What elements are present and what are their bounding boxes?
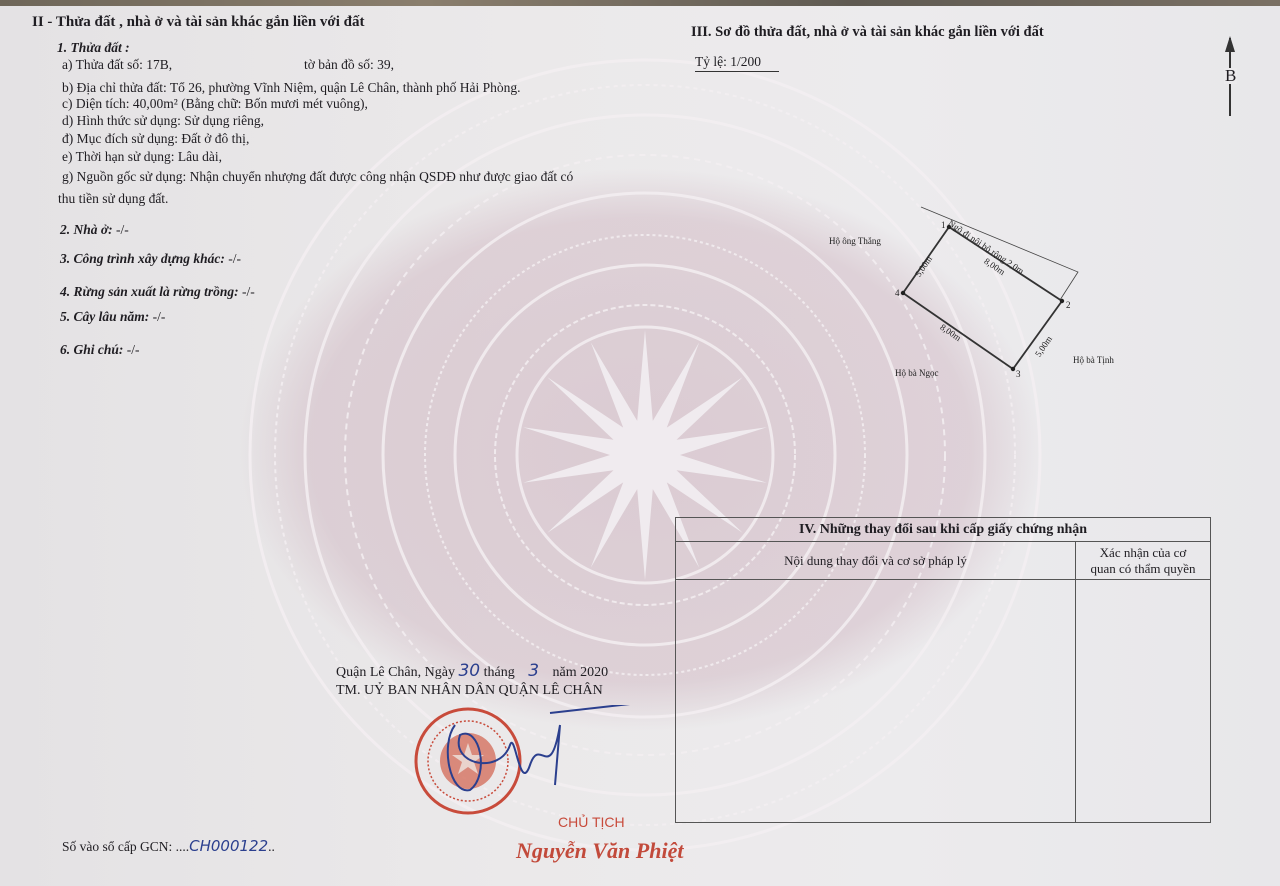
column-authority-confirmation: Xác nhận của cơquan có thẩm quyền	[1076, 542, 1211, 580]
registry-number: Số vào sổ cấp GCN: ....CH000122..	[62, 838, 275, 855]
plot-point-4: 4	[895, 288, 900, 298]
neighbor-south: Hộ bà Ngọc	[895, 368, 939, 378]
plot-point-2: 2	[1066, 300, 1071, 310]
signer-role: CHỦ TỊCH	[558, 814, 625, 830]
certificate-page: II - Thửa đất , nhà ở và tài sản khác gắ…	[0, 0, 1280, 886]
registry-value: CH000122	[189, 837, 268, 855]
issue-date: Quận Lê Chân, Ngày 30 tháng 3 năm 2020	[336, 663, 608, 681]
plot-point-3: 3	[1016, 369, 1021, 379]
column-change-content: Nội dung thay đổi và cơ sở pháp lý	[676, 542, 1076, 580]
section4-title: IV. Những thay đổi sau khi cấp giấy chứn…	[676, 518, 1211, 542]
signer-name: Nguyễn Văn Phiệt	[516, 843, 683, 859]
changes-table: IV. Những thay đổi sau khi cấp giấy chứn…	[675, 517, 1211, 823]
issue-day: 30	[458, 661, 480, 681]
issuing-authority: TM. UỶ BAN NHÂN DÂN QUẬN LÊ CHÂN	[336, 683, 603, 699]
authority-confirmation-cell	[1076, 580, 1211, 823]
issue-month: 3	[528, 661, 539, 681]
seal-and-signature	[400, 705, 720, 815]
plot-point-1: 1	[941, 220, 946, 230]
official-seal-icon	[416, 709, 520, 813]
neighbor-west: Hộ ông Thắng	[829, 236, 881, 246]
neighbor-east: Hộ bà Tịnh	[1073, 355, 1114, 365]
change-content-cell	[676, 580, 1076, 823]
